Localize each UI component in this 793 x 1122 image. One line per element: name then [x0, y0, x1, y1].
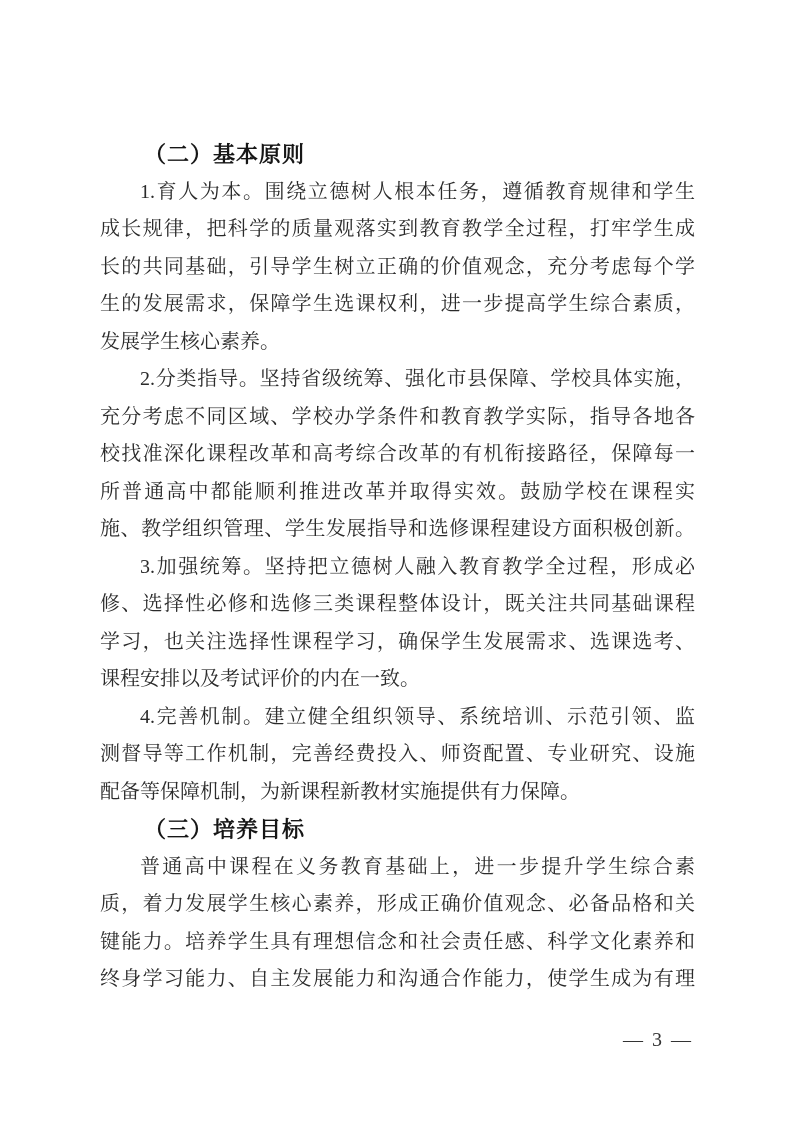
section-heading: （二）基本原则 — [100, 136, 695, 174]
paragraph: 3.加强统筹。坚持把立德树人融入教育教学全过程，形成必修、选择性必修和选修三类课… — [100, 549, 695, 699]
text-line: 成长规律，把科学的质量观落实到教育教学全过程，打牢学生成 — [100, 211, 695, 249]
page-footer: — 3 — — [623, 1028, 693, 1052]
document-content: （二）基本原则1.育人为本。围绕立德树人根本任务，遵循教育规律和学生成长规律，把… — [100, 136, 695, 999]
paragraph: 2.分类指导。坚持省级统筹、强化市县保障、学校具体实施，充分考虑不同区域、学校办… — [100, 361, 695, 549]
text-line: 充分考虑不同区域、学校办学条件和教育教学实际，指导各地各 — [100, 399, 695, 437]
text-line: 1.育人为本。围绕立德树人根本任务，遵循教育规律和学生 — [100, 174, 695, 212]
text-line: 4.完善机制。建立健全组织领导、系统培训、示范引领、监 — [100, 699, 695, 737]
text-line: 发展学生核心素养。 — [100, 324, 695, 362]
text-line: 修、选择性必修和选修三类课程整体设计，既关注共同基础课程 — [100, 586, 695, 624]
text-line: 长的共同基础，引导学生树立正确的价值观念，充分考虑每个学 — [100, 249, 695, 287]
text-line: 施、教学组织管理、学生发展指导和选修课程建设方面积极创新。 — [100, 511, 695, 549]
paragraph: 4.完善机制。建立健全组织领导、系统培训、示范引领、监测督导等工作机制，完善经费… — [100, 699, 695, 812]
text-line: 3.加强统筹。坚持把立德树人融入教育教学全过程，形成必 — [100, 549, 695, 587]
text-line: 测督导等工作机制，完善经费投入、师资配置、专业研究、设施 — [100, 736, 695, 774]
text-line: 2.分类指导。坚持省级统筹、强化市县保障、学校具体实施， — [100, 361, 695, 399]
paragraph: 1.育人为本。围绕立德树人根本任务，遵循教育规律和学生成长规律，把科学的质量观落… — [100, 174, 695, 362]
text-line: 配备等保障机制，为新课程新教材实施提供有力保障。 — [100, 774, 695, 812]
text-line: 键能力。培养学生具有理想信念和社会责任感、科学文化素养和 — [100, 924, 695, 962]
text-line: 学习，也关注选择性课程学习，确保学生发展需求、选课选考、 — [100, 624, 695, 662]
text-line: 生的发展需求，保障学生选课权利，进一步提高学生综合素质， — [100, 286, 695, 324]
text-line: 普通高中课程在义务教育基础上，进一步提升学生综合素 — [100, 849, 695, 887]
text-line: 终身学习能力、自主发展能力和沟通合作能力，使学生成为有理 — [100, 961, 695, 999]
document-page: （二）基本原则1.育人为本。围绕立德树人根本任务，遵循教育规律和学生成长规律，把… — [0, 0, 793, 1122]
text-line: 质，着力发展学生核心素养，形成正确价值观念、必备品格和关 — [100, 886, 695, 924]
paragraph: 普通高中课程在义务教育基础上，进一步提升学生综合素质，着力发展学生核心素养，形成… — [100, 849, 695, 999]
text-line: 校找准深化课程改革和高考综合改革的有机衔接路径，保障每一 — [100, 436, 695, 474]
text-line: 课程安排以及考试评价的内在一致。 — [100, 661, 695, 699]
text-line: 所普通高中都能顺利推进改革并取得实效。鼓励学校在课程实 — [100, 474, 695, 512]
page-number: — 3 — — [623, 1029, 693, 1051]
section-heading: （三）培养目标 — [100, 811, 695, 849]
